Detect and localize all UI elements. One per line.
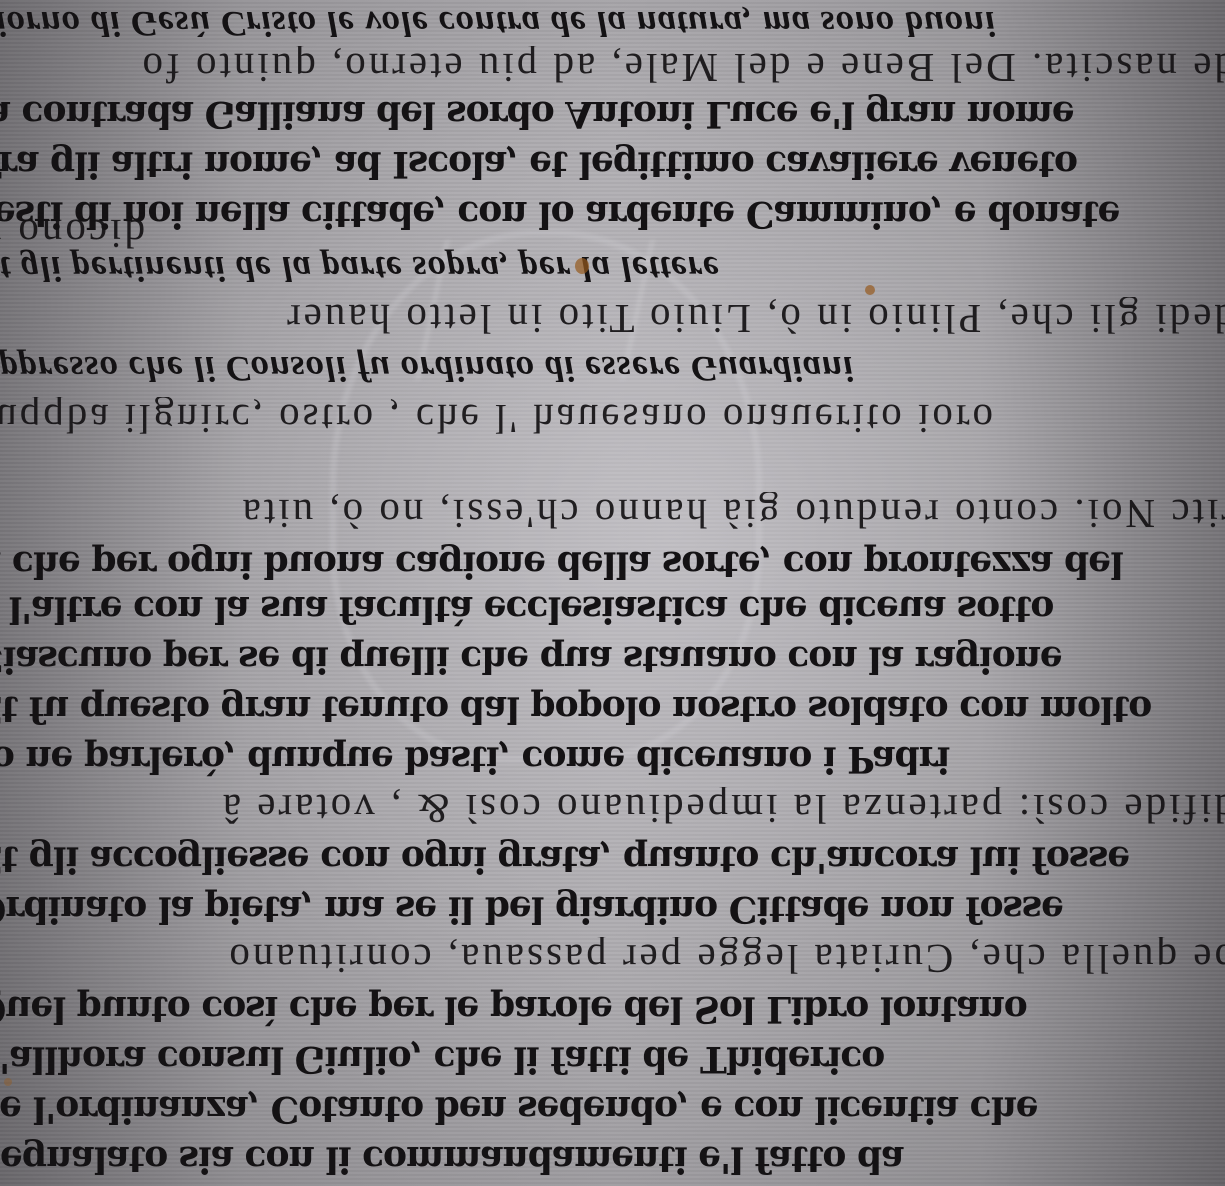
text-line: Segnalato sia con li commandamenti e'l f… <box>0 1137 1225 1181</box>
foxing-spot <box>865 285 875 295</box>
inverted-text-block: Siorno di Gesù Cristo le vole contra de … <box>0 0 1225 1186</box>
text-line: Et fu questo gran tenuto dal popolo nost… <box>0 687 1225 731</box>
text-line: dicono i pari, che volti ad impetrar la … <box>0 212 145 256</box>
text-line: Et gli accogliesse con ogni grata, quant… <box>0 837 1225 881</box>
text-line: e l'altre con la sua facultà ecclesiasti… <box>0 587 1225 631</box>
text-line: Tra gli altri nome, ad Iscola, et legitt… <box>0 142 1225 186</box>
text-line: dedi gli che, Plinio in ò, Liuio Tito in… <box>0 297 1225 341</box>
text-line: Et gli pertinenti de la parte sopra, per… <box>0 247 1225 291</box>
printed-page: Siorno di Gesù Cristo le vole contra de … <box>0 0 1225 1186</box>
text-line: Io ne parlerò, dunque basti, come diceua… <box>0 737 1225 781</box>
text-line: Ordinato la pieta, ma se il bel giardino… <box>0 887 1225 931</box>
text-line: de nascita. Del Bene e del Male, ad piu … <box>0 46 1225 90</box>
text-line: pe quella che, Curiata legge per passaua… <box>0 937 1225 981</box>
text-line: difide così: partenza la impediuano così… <box>0 787 1225 831</box>
text-line: Appresso che li Consoli fu ordinato di e… <box>0 347 1225 391</box>
text-line: Ciascuno per se di quelli che qua stauan… <box>0 637 1225 681</box>
text-line: ritc Noi. conto renduto già hanno ch'ess… <box>0 492 1225 536</box>
foxing-spot <box>4 1078 12 1086</box>
text-line: la contrada Galliana del sordo Antoni Lu… <box>0 92 1225 136</box>
text-line: euqqba ilgnirc, ostro , che l' hauesano … <box>0 397 1225 441</box>
text-line: resti di noi nella cittade, con lo arden… <box>0 192 1225 236</box>
text-line: de l'ordinanza, Cotanto ben sedendo, e c… <box>0 1087 1225 1131</box>
text-line: d'allhora consul Giulio, che li fatti de… <box>0 1037 1225 1081</box>
text-line: il che per ogni buona cagione della sort… <box>0 542 1225 586</box>
text-line: Siorno di Gesù Cristo le vole contra de … <box>0 2 1225 46</box>
foxing-spot <box>575 258 589 274</box>
text-line: Quel punto così che per le parole del So… <box>0 987 1225 1031</box>
